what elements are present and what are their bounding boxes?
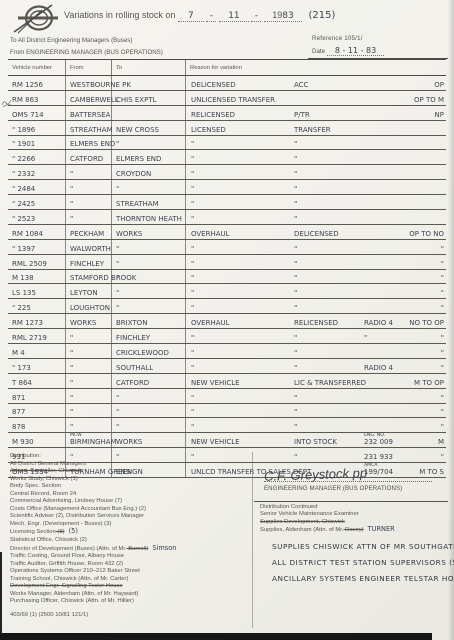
scanned-form-page: Variations in rolling stock on 7 - 11 - … <box>0 0 454 640</box>
scan-edge-bottom-band <box>0 633 432 640</box>
scan-edge-left-strip <box>0 552 2 634</box>
cell-reason: OVERHAULRELICENSEDRADIO 4NO TO OP <box>186 314 446 328</box>
cell-reason: """ <box>186 284 446 298</box>
distribution-item: Supplies, Aldenham (Attn. of Mr. Davey)T… <box>260 526 446 534</box>
reason-part-r1: NEW VEHICLE <box>191 438 240 446</box>
cell-reason: ""RADIO 4" <box>186 359 446 373</box>
reason-part-r1: " <box>191 334 194 342</box>
distribution-item: Scientific Adviser (2), Distribution Ser… <box>10 513 252 521</box>
item-text: Mech. Engr. (Development - Buses) (3) <box>10 521 111 527</box>
cell-to: " <box>112 136 186 150</box>
reason-part-r2: LIC & TRANSFERRED <box>294 379 366 387</box>
cell-to: " <box>112 270 186 284</box>
item-text: Works Manager, Aldenham (Attn. of Mr. Ha… <box>10 591 139 597</box>
reason-part-r2: " <box>294 408 297 416</box>
reason-part-rst: " <box>441 304 444 312</box>
reason-part-rst: M TO OP <box>414 379 444 387</box>
reference-number: Reference 105/1/ <box>312 35 363 42</box>
cell-vehicle-number: RM 1273 <box>8 314 66 328</box>
cell-vehicle-number: RM 1256 <box>8 76 66 90</box>
reason-part-rst: " <box>441 408 444 416</box>
reason-part-r2: TRANSFER <box>294 126 331 134</box>
item-text: Body Spec. Section <box>10 483 61 489</box>
item-text: Works Study, Chiswick (1) <box>10 476 78 482</box>
table-row: " 2523"THORNTON HEATH"" <box>8 210 446 225</box>
cell-vehicle-number: " 225 <box>8 299 66 313</box>
cell-vehicle-number: 878 <box>8 418 66 432</box>
cell-reason: "" <box>186 180 446 194</box>
reason-part-r1: " <box>191 394 194 402</box>
reason-part-r1: " <box>191 140 194 148</box>
cell-from: WALWORTH <box>66 240 112 254</box>
table-row: " 2484"""" <box>8 180 446 195</box>
reason-part-r1: " <box>191 215 194 223</box>
cell-vehicle-number: " 1901 <box>8 136 66 150</box>
cell-reason: LICENSEDTRANSFER <box>186 121 446 135</box>
reason-part-r2: RELICENSED <box>294 319 338 327</box>
cell-from-note: MCW <box>70 433 82 438</box>
item-text: Licensing Section <box>10 529 56 535</box>
cell-from: WORKS <box>66 314 112 328</box>
distribution-continued-list: Senior Vehicle Maintenance ExaminerSuppl… <box>260 511 446 534</box>
reason-part-r3: " <box>364 334 367 342</box>
reason-part-r2: " <box>294 274 297 282</box>
item-handwritten-addition: Simson <box>152 544 176 552</box>
reason-part-r1: " <box>191 289 194 297</box>
cell-to: STREATHAM <box>112 195 186 209</box>
table-row: 877""""" <box>8 404 446 419</box>
cell-from: " <box>66 165 112 179</box>
cell-reason: """ <box>186 344 446 358</box>
table-row: M 4"CRICKLEWOOD""" <box>8 344 446 359</box>
cell-reason: UNLICENSED TRANSFEROP TO M <box>186 91 446 105</box>
cell-to: " <box>112 180 186 194</box>
table-row: RML 2719"FINCHLEY"""" <box>8 329 446 344</box>
cell-from: " <box>66 329 112 343</box>
reason-part-r1: " <box>191 245 194 253</box>
cell-reason-note: ENG. NO. <box>364 433 385 438</box>
london-transport-roundel-icon <box>12 2 60 39</box>
item-text: Supplies, Aldenham (Attn. of Mr. <box>260 527 343 533</box>
cell-from: CAMBERWELL <box>66 91 112 105</box>
form-print-code: 403/69 (1) (2500 10/81 121/1) <box>10 612 88 618</box>
distribution-item: Advert. Controller, Chiswick <box>10 468 252 476</box>
cell-to: " <box>112 240 186 254</box>
cell-reason: """ <box>186 240 446 254</box>
column-header-reason: Reason for variation <box>186 65 446 71</box>
date-label: Date <box>312 48 325 55</box>
cell-reason: NEW VEHICLELIC & TRANSFERREDM TO OP <box>186 374 446 388</box>
handwritten-note-line: ALL DISTRICT TEST STATION SUPERVISORS (5… <box>272 558 446 567</box>
cell-from: " <box>66 418 112 432</box>
table-row: " 1896STREATHAMNEW CROSSLICENSEDTRANSFER <box>8 121 446 136</box>
reason-part-r2: " <box>294 200 297 208</box>
title-year-value: 83 <box>282 11 293 21</box>
cell-to: SOUTHALL <box>112 359 186 373</box>
item-text: Development Engr. Signalling Tester Hous… <box>10 583 123 589</box>
cell-reason: RELICENSEDP/TRNP <box>186 106 446 120</box>
distribution-item: Statistical Office, Chiswick (2) <box>10 537 252 545</box>
distribution-list: All District General ManagersAdvert. Con… <box>10 461 252 606</box>
distribution-block: Distribution: All District General Manag… <box>10 453 252 606</box>
signatory-role: ENGINEERING MANAGER (BUS OPERATIONS) <box>264 485 446 492</box>
cell-to: " <box>112 255 186 269</box>
cell-vehicle-number: " 2523 <box>8 210 66 224</box>
table-row: T 864"CATFORDNEW VEHICLELIC & TRANSFERRE… <box>8 374 446 389</box>
reason-part-r2: " <box>294 423 297 431</box>
item-text: Scientific Adviser (2), Distribution Ser… <box>10 513 144 519</box>
distribution-item: Training School, Chiswick (Attn. of Mr. … <box>10 576 252 584</box>
reason-part-r1: UNLICENSED TRANSFER <box>191 96 275 104</box>
date-row: Date 8 - 11 - 83 <box>312 46 384 55</box>
cell-from: " <box>66 389 112 403</box>
cell-vehicle-number: M 930 <box>8 433 66 447</box>
distribution-item: All District General Managers <box>10 461 252 469</box>
reason-part-r2: INTO STOCK <box>294 438 337 446</box>
table-row: " 2425"STREATHAM"" <box>8 195 446 210</box>
item-text: Director of Development (Buses) (Attn. o… <box>10 546 127 552</box>
cell-from: FINCHLEY <box>66 255 112 269</box>
column-divider-rule <box>252 452 253 628</box>
cell-to: WORKS <box>112 433 186 447</box>
item-text: Costs Office (Management Accountant Bus … <box>10 506 146 512</box>
distribution-item: Traffic Costing, Ground Floor, Albany Ho… <box>10 553 252 561</box>
reason-part-r1: " <box>191 304 194 312</box>
cell-to: CATFORD <box>112 374 186 388</box>
cell-from: " <box>66 374 112 388</box>
cell-vehicle-number: " 2484 <box>8 180 66 194</box>
column-header-from: From <box>66 60 112 75</box>
cell-from: LEYTON <box>66 284 112 298</box>
cell-vehicle-number: RM 863 <box>8 91 66 105</box>
reason-part-rst: " <box>441 334 444 342</box>
column-header-vehicle-number: Vehicle number <box>8 60 66 75</box>
distribution-item: Operations Systems Officer 210–212 Baker… <box>10 568 252 576</box>
reason-part-r3: RADIO 4 <box>364 364 393 372</box>
item-text: Supplies Development, Chiswick <box>260 519 345 525</box>
cell-vehicle-number: 877 <box>8 404 66 418</box>
reason-part-r2: ACC <box>294 81 308 89</box>
item-struck-part: Burnell) <box>127 546 149 552</box>
reason-part-r2: " <box>294 245 297 253</box>
distribution-item: Purchasing Officer, Chiswick (Attn. of M… <box>10 598 252 606</box>
cell-from: " <box>66 344 112 358</box>
distribution-heading: Distribution: <box>10 453 252 461</box>
reason-part-r2: " <box>294 304 297 312</box>
reason-part-r2: DELICENSED <box>294 230 339 238</box>
cell-from: STREATHAM <box>66 121 112 135</box>
cell-vehicle-number: M 138 <box>8 270 66 284</box>
reason-part-r1: " <box>191 185 194 193</box>
addressee-line: To All District Engineering Managers (Bu… <box>10 37 132 44</box>
reason-part-r2: " <box>294 185 297 193</box>
cell-from: WESTBOURNE PK <box>66 76 112 90</box>
scan-edge-right-shadow <box>448 0 454 640</box>
cell-to: " <box>112 418 186 432</box>
cell-vehicle-number: RM 1084 <box>8 225 66 239</box>
cell-vehicle-number: " 1896 <box>8 121 66 135</box>
item-struck-part: Davey) <box>343 527 363 533</box>
handwritten-note-line: SUPPLIES CHISWICK ATTN OF MR SOUTHGATE <box>272 542 446 551</box>
distribution-item: Commercial Advertising, Lindsey House (7… <box>10 498 252 506</box>
cell-reason: """ <box>186 389 446 403</box>
cell-from: LOUGHTON <box>66 299 112 313</box>
reason-part-rst: NO TO OP <box>409 319 444 327</box>
reason-part-r2: " <box>294 155 297 163</box>
date-value: 8 - 11 - 83 <box>327 46 384 56</box>
cell-vehicle-number: LS 135 <box>8 284 66 298</box>
cell-reason: NEW VEHICLEINTO STOCK232 009MENG. NO. <box>186 433 446 447</box>
cell-vehicle-number: 871 <box>8 389 66 403</box>
table-row: 871""""" <box>8 389 446 404</box>
distribution-item: Mech. Engr. (Development - Buses) (3) <box>10 521 252 529</box>
reason-part-rst: " <box>441 349 444 357</box>
distribution-item: Costs Office (Management Accountant Bus … <box>10 506 252 514</box>
reason-part-r1: NEW VEHICLE <box>191 379 240 387</box>
form-title-text: Variations in rolling stock on <box>64 10 175 20</box>
cell-to: WORKS <box>112 225 186 239</box>
reason-part-rst: M <box>438 438 444 446</box>
reason-part-r1: " <box>191 274 194 282</box>
item-text: Central Record, Room 24 <box>10 491 76 497</box>
cell-reason: "" <box>186 210 446 224</box>
reason-part-r2: " <box>294 140 297 148</box>
cell-vehicle-number: OMS 714 <box>8 106 66 120</box>
reason-part-r1: " <box>191 364 194 372</box>
table-row: RM 1084PECKHAMWORKSOVERHAULDELICENSEDOP … <box>8 225 446 240</box>
reason-part-rst: OP TO NO <box>409 230 444 238</box>
distribution-item: Senior Vehicle Maintenance Examiner <box>260 511 446 518</box>
reason-part-r2: " <box>294 364 297 372</box>
cell-vehicle-number: " 2425 <box>8 195 66 209</box>
reason-part-r2: " <box>294 215 297 223</box>
reason-part-r1: " <box>191 155 194 163</box>
cell-from: PECKHAM <box>66 225 112 239</box>
reason-part-rst: NP <box>435 111 444 119</box>
table-row: RM 1273WORKSBRIXTONOVERHAULRELICENSEDRAD… <box>8 314 446 329</box>
section-rule <box>254 501 448 502</box>
reason-part-rst: " <box>441 364 444 372</box>
reason-part-rst: " <box>441 245 444 253</box>
cell-from: CATFORD <box>66 150 112 164</box>
distribution-continued-heading: Distribution Continued <box>260 504 446 511</box>
distribution-continued-block: Distribution Continued Senior Vehicle Ma… <box>260 504 446 534</box>
cell-from: " <box>66 404 112 418</box>
cell-from: " <box>66 180 112 194</box>
table-row: LS 135LEYTON"""" <box>8 284 446 299</box>
signature-handwritten: C.F. Greystock pp <box>264 465 368 484</box>
distribution-item: Central Record, Room 24 <box>10 491 252 499</box>
distribution-item: Development Engr. Signalling Tester Hous… <box>10 583 252 591</box>
cell-to: THORNTON HEATH <box>112 210 186 224</box>
cell-from: BIRMINGHAMMCW <box>66 433 112 447</box>
item-text: Advert. Controller, Chiswick <box>10 468 81 474</box>
cell-reason: "" <box>186 195 446 209</box>
table-row: OMS 714BATTERSEARELICENSEDP/TRNP <box>8 106 446 121</box>
title-day-value: 7 <box>178 11 204 22</box>
distribution-item: Licensing Section (8)(5) <box>10 528 252 537</box>
reason-part-rst: OP <box>434 81 444 89</box>
table-row: RM 1256WESTBOURNE PKDELICENSEDACCOP <box>8 76 446 91</box>
item-text: Commercial Advertising, Lindsey House (7… <box>10 498 122 504</box>
item-text: Training School, Chiswick (Attn. of Mr. … <box>10 576 128 582</box>
reason-part-r1: " <box>191 349 194 357</box>
cell-vehicle-number: " 1397 <box>8 240 66 254</box>
reason-part-r2: " <box>294 170 297 178</box>
reason-part-r2: " <box>294 334 297 342</box>
distribution-item: Works Study, Chiswick (1) <box>10 476 252 484</box>
reason-part-rst: " <box>441 274 444 282</box>
cell-reason: DELICENSEDACCOP <box>186 76 446 90</box>
cell-from: STAMFORD BROOK <box>66 270 112 284</box>
item-struck-part: (8) <box>56 529 65 535</box>
cell-vehicle-number: T 864 <box>8 374 66 388</box>
distribution-item: Director of Development (Buses) (Attn. o… <box>10 545 252 554</box>
item-text: All District General Managers <box>10 461 86 467</box>
cell-vehicle-number: " 2266 <box>8 150 66 164</box>
cell-vehicle-number: " 173 <box>8 359 66 373</box>
item-handwritten-addition: TURNER <box>368 525 395 533</box>
reason-part-r1: " <box>191 170 194 178</box>
cell-to: CRICKLEWOOD <box>112 344 186 358</box>
table-row: 878""""" <box>8 418 446 433</box>
sender-line: From ENGINEERING MANAGER (BUS OPERATIONS… <box>10 49 163 56</box>
distribution-item: Body Spec. Section <box>10 483 252 491</box>
title-separator-2: - <box>251 11 261 22</box>
reason-part-r2: " <box>294 260 297 268</box>
cell-from: BATTERSEA <box>66 106 112 120</box>
item-text: Operations Systems Officer 210–212 Baker… <box>10 568 140 574</box>
item-text: Statistical Office, Chiswick (2) <box>10 537 87 543</box>
margin-pencil-scribble <box>1 95 13 113</box>
reason-part-r1: OVERHAUL <box>191 230 230 238</box>
distribution-item: Traffic Auditor, Griffith House, Room 43… <box>10 561 252 569</box>
cell-to: " <box>112 404 186 418</box>
cell-to <box>112 76 186 90</box>
cell-to: " <box>112 389 186 403</box>
reason-part-rst: OP TO M <box>414 96 444 104</box>
table-row: " 1397WALWORTH"""" <box>8 240 446 255</box>
cell-reason: OVERHAULDELICENSEDOP TO NO <box>186 225 446 239</box>
cell-reason: """ <box>186 255 446 269</box>
title-separator: - <box>206 11 216 22</box>
cell-vehicle-number: " 2332 <box>8 165 66 179</box>
table-row: " 173"SOUTHALL""RADIO 4" <box>8 359 446 374</box>
item-text: Senior Vehicle Maintenance Examiner <box>260 511 359 517</box>
cell-vehicle-number: RML 2509 <box>8 255 66 269</box>
cell-to: " <box>112 284 186 298</box>
table-body: RM 1256WESTBOURNE PKDELICENSEDACCOPRM 86… <box>8 76 446 478</box>
cell-reason: """ <box>186 270 446 284</box>
table-row: " 2332"CROYDON"" <box>8 165 446 180</box>
cell-reason: "" <box>186 150 446 164</box>
distribution-item: Works Manager, Aldenham (Attn. of Mr. Ha… <box>10 591 252 599</box>
cell-to: FINCHLEY <box>112 329 186 343</box>
table-row: " 2266CATFORDELMERS END"" <box>8 150 446 165</box>
table-row: " 1901ELMERS END""" <box>8 136 446 151</box>
cell-to: NEW CROSS <box>112 121 186 135</box>
cell-vehicle-number: M 4 <box>8 344 66 358</box>
item-text: Traffic Auditor, Griffith House, Room 43… <box>10 561 123 567</box>
reason-part-r1: OVERHAUL <box>191 319 230 327</box>
cell-vehicle-number: RML 2719 <box>8 329 66 343</box>
reason-part-r3: RADIO 4 <box>364 319 393 327</box>
reason-part-rst: " <box>441 289 444 297</box>
reason-part-r2: " <box>294 394 297 402</box>
cell-to: CHIS EXPTL <box>112 91 186 105</box>
cell-reason: "" <box>186 136 446 150</box>
cell-from: " <box>66 359 112 373</box>
reason-part-r2: " <box>294 289 297 297</box>
reason-part-r1: RELICENSED <box>191 111 235 119</box>
table-header-row: Vehicle number From To Reason for variat… <box>8 59 446 76</box>
cell-from: " <box>66 195 112 209</box>
reason-part-r2: " <box>294 349 297 357</box>
reason-part-r1: DELICENSED <box>191 81 236 89</box>
reason-part-rst: " <box>441 260 444 268</box>
reason-part-r2: P/TR <box>294 111 310 119</box>
title-year-prefix: 19 <box>272 10 282 20</box>
handwritten-note-line: ANCILLARY SYSTEMS ENGINEER TELSTAR HOUSE <box>272 574 446 583</box>
cell-to <box>112 106 186 120</box>
reason-part-rst: " <box>441 394 444 402</box>
cell-to: BRIXTON <box>112 314 186 328</box>
handwritten-additions: SUPPLIES CHISWICK ATTN OF MR SOUTHGATEAL… <box>272 542 446 583</box>
cell-reason: """ <box>186 404 446 418</box>
signature-and-continued-block: C.F. Greystock pp ENGINEERING MANAGER (B… <box>260 454 446 590</box>
cell-reason: """" <box>186 329 446 343</box>
cell-to: " <box>112 299 186 313</box>
cell-from: " <box>66 210 112 224</box>
reason-part-r1: " <box>191 423 194 431</box>
table-row: " 225LOUGHTON"""" <box>8 299 446 314</box>
reason-part-r1: " <box>191 408 194 416</box>
reason-part-r3: 232 009 <box>364 438 393 446</box>
cell-reason: """ <box>186 418 446 432</box>
table-row: M 930BIRMINGHAMMCWWORKSNEW VEHICLEINTO S… <box>8 433 446 448</box>
cell-reason: "" <box>186 165 446 179</box>
form-title: Variations in rolling stock on 7 - 11 - … <box>64 10 335 22</box>
table-row: RML 2509FINCHLEY"""" <box>8 255 446 270</box>
reason-part-r1: LICENSED <box>191 126 226 134</box>
item-handwritten-addition: (5) <box>69 527 78 535</box>
title-year-slot: 1983 <box>264 10 302 22</box>
rolling-stock-table: Vehicle number From To Reason for variat… <box>8 59 446 478</box>
item-text: Purchasing Officer, Chiswick (Attn. of M… <box>10 598 134 604</box>
table-row: M 138STAMFORD BROOK"""" <box>8 270 446 285</box>
cell-from: ELMERS END <box>66 136 112 150</box>
cell-to: CROYDON <box>112 165 186 179</box>
distribution-item: Supplies Development, Chiswick <box>260 519 446 526</box>
reason-part-r1: " <box>191 200 194 208</box>
cell-to: ELMERS END <box>112 150 186 164</box>
reason-part-rst: " <box>441 423 444 431</box>
title-month-value: 11 <box>219 11 249 22</box>
title-sheet-number: (215) <box>308 10 335 21</box>
reason-part-r1: " <box>191 260 194 268</box>
cell-reason: """ <box>186 299 446 313</box>
signature-block: C.F. Greystock pp ENGINEERING MANAGER (B… <box>264 466 446 492</box>
item-text: Traffic Costing, Ground Floor, Albany Ho… <box>10 553 124 559</box>
column-header-to: To <box>112 60 186 75</box>
table-row: RM 863CAMBERWELLCHIS EXPTLUNLICENSED TRA… <box>8 91 446 106</box>
